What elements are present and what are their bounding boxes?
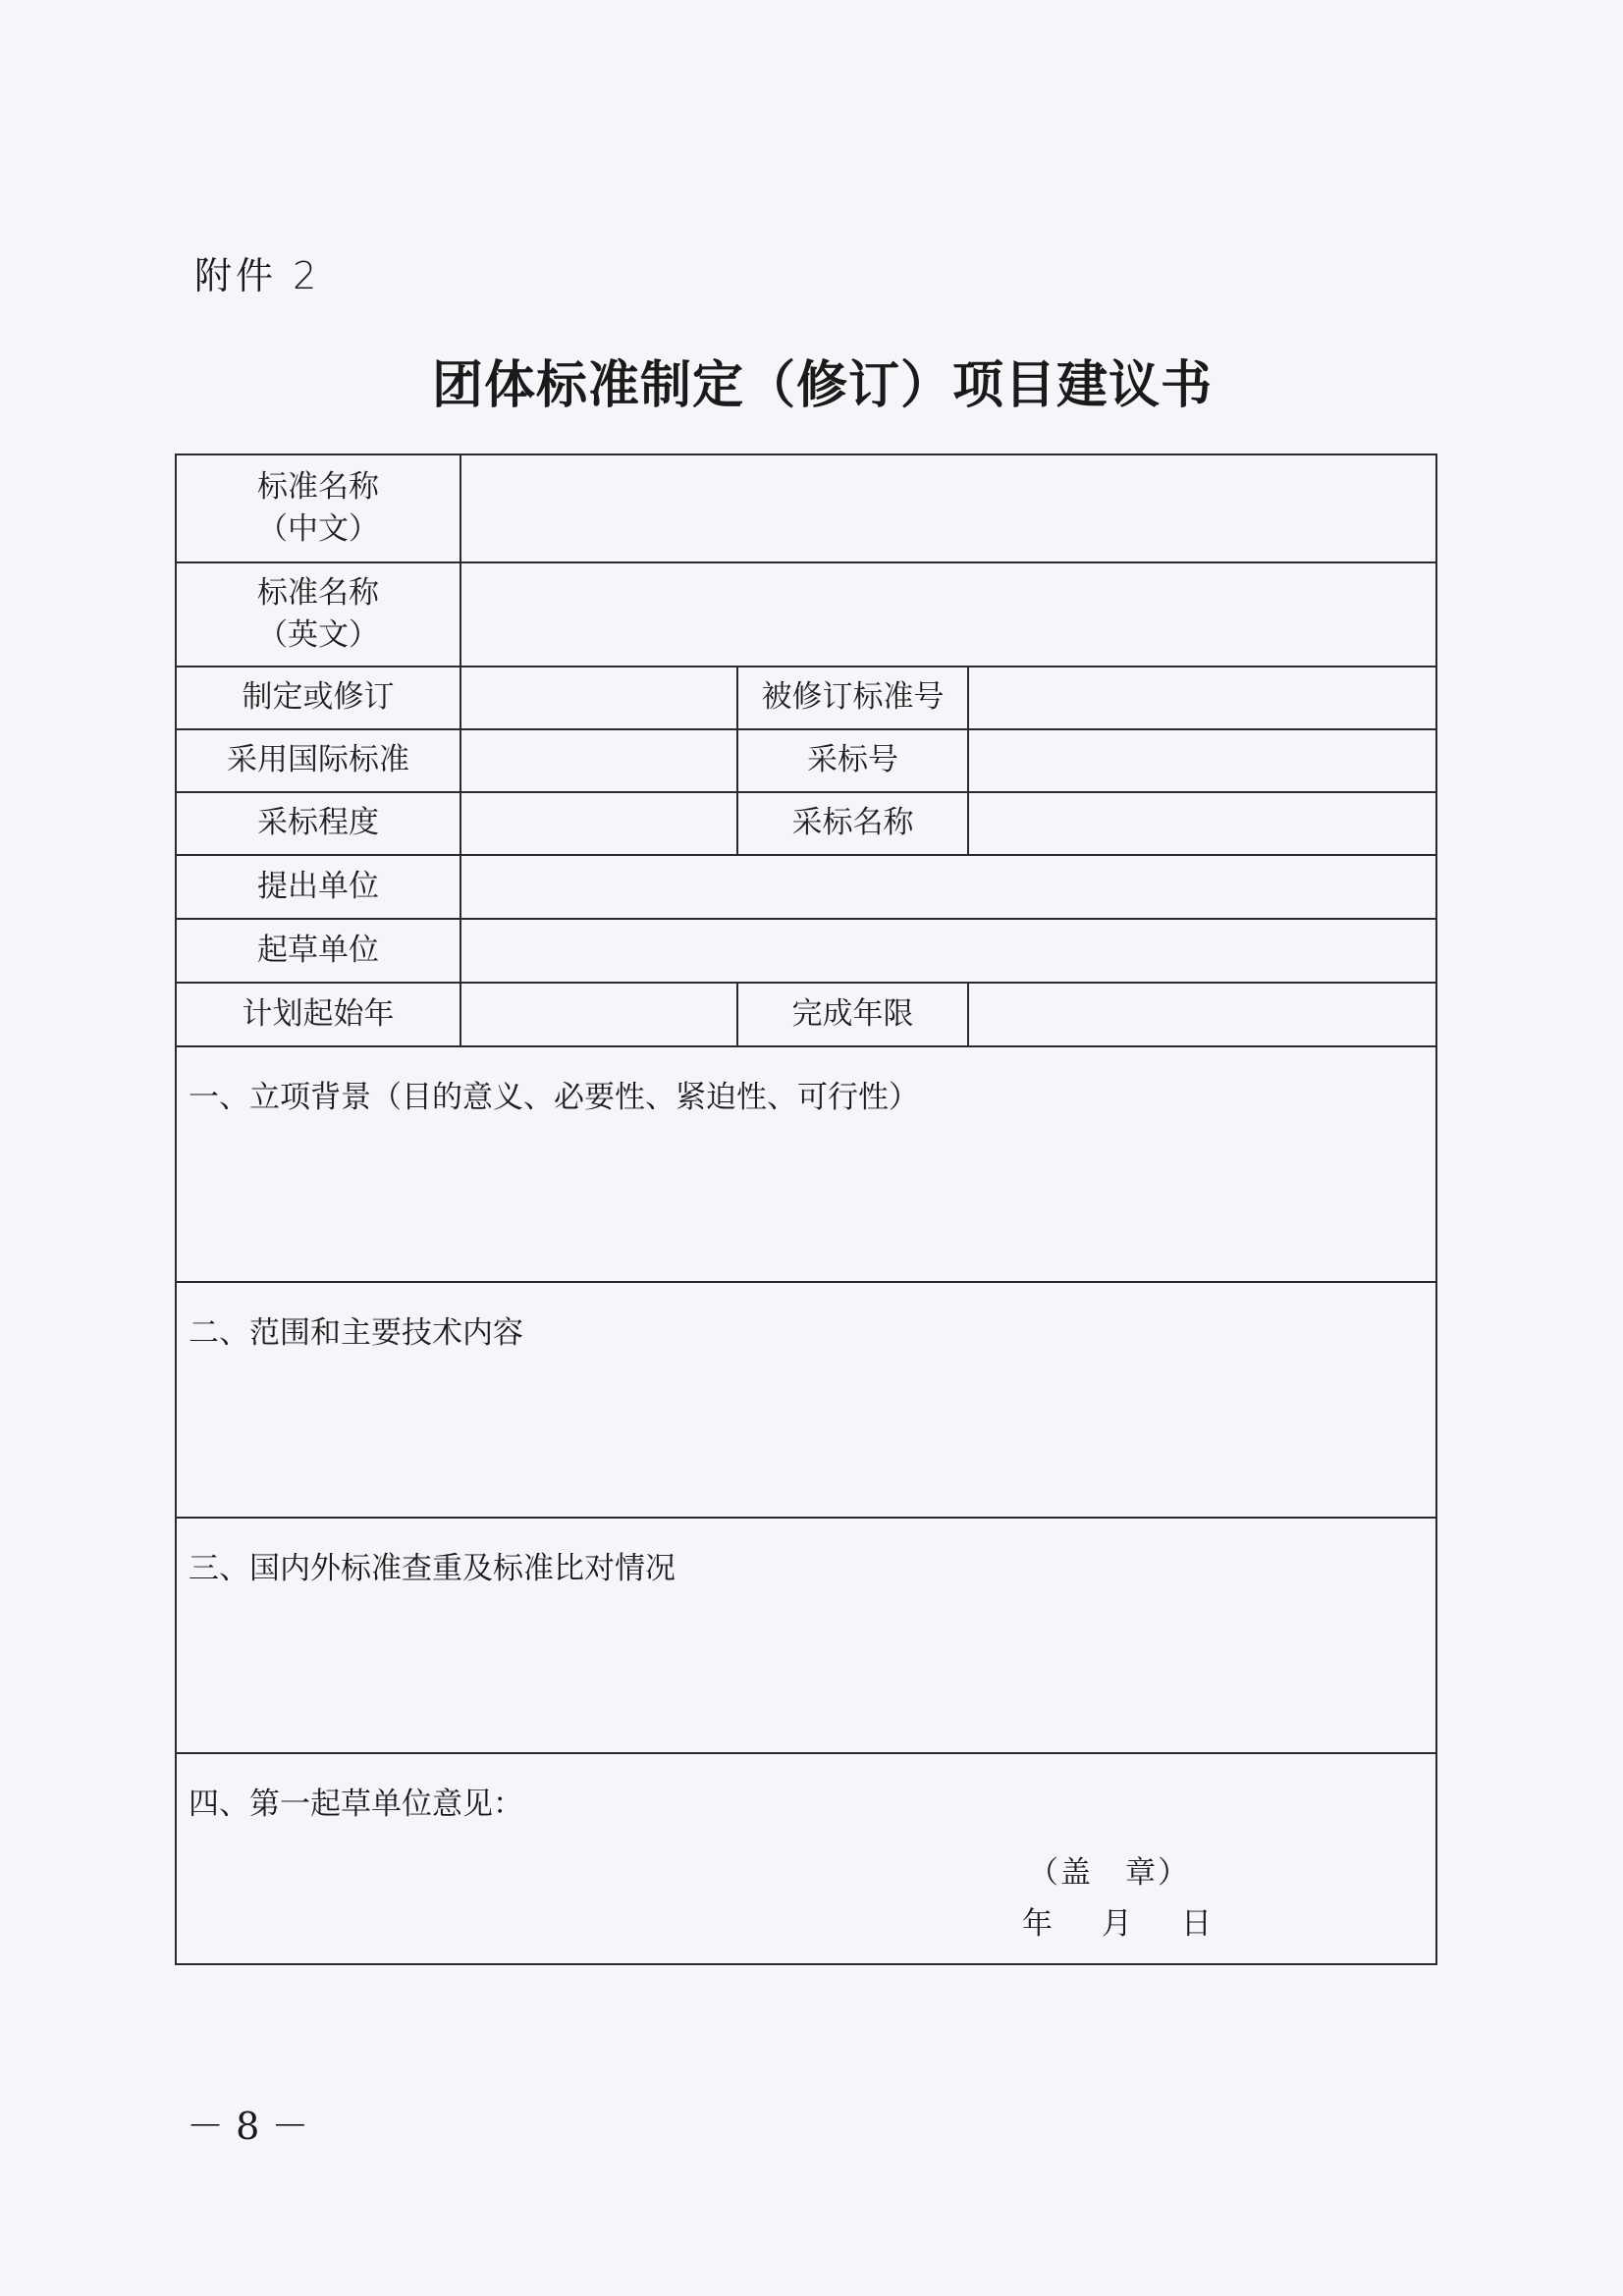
form-row-intl-standard: 采用国际标准 采标号 [176,729,1436,792]
label-adoption-name: 采标名称 [737,792,968,855]
label-standard-name-cn: 标准名称 （中文） [176,454,460,562]
seal-label: （盖 章） [1028,1852,1190,1895]
form-row-name-en: 标准名称 （英文） [176,562,1436,667]
form-row-adoption-degree: 采标程度 采标名称 [176,792,1436,855]
section-comparison: 三、国内外标准查重及标准比对情况 [176,1518,1436,1753]
label-completion-deadline: 完成年限 [737,983,968,1046]
input-formulate-or-revise[interactable] [460,667,737,729]
label-adoption-no: 采标号 [737,729,968,792]
form-row-schedule: 计划起始年 完成年限 [176,983,1436,1046]
section-heading-scope: 二、范围和主要技术内容 [189,1312,1424,1355]
attachment-label: 附件 2 [194,245,320,299]
date-year-label: 年 [1022,1903,1053,1946]
input-proposing-unit[interactable] [460,855,1436,919]
label-formulate-or-revise: 制定或修订 [176,667,460,729]
page-number: － 8 － [187,2096,308,2150]
section-project-background: 一、立项背景（目的意义、必要性、紧迫性、可行性） [176,1046,1436,1282]
input-standard-comparison[interactable]: 三、国内外标准查重及标准比对情况 [176,1518,1436,1753]
label-revised-standard-no: 被修订标准号 [737,667,968,729]
section-scope: 二、范围和主要技术内容 [176,1282,1436,1518]
input-adoption-name[interactable] [968,792,1436,855]
label-adoption-degree: 采标程度 [176,792,460,855]
input-standard-name-cn[interactable] [460,454,1436,562]
input-adoption-no[interactable] [968,729,1436,792]
input-adoption-degree[interactable] [460,792,737,855]
label-planned-start-year: 计划起始年 [176,983,460,1046]
form-row-revision: 制定或修订 被修订标准号 [176,667,1436,729]
input-project-background[interactable]: 一、立项背景（目的意义、必要性、紧迫性、可行性） [176,1046,1436,1282]
label-proposing-unit: 提出单位 [176,855,460,919]
date-day-label: 日 [1181,1903,1212,1946]
input-drafting-unit[interactable] [460,919,1436,983]
section-heading-opinion: 四、第一起草单位意见： [189,1784,1424,1826]
section-drafter-opinion: 四、第一起草单位意见： （盖 章） 年月日 [176,1753,1436,1964]
document-title: 团体标准制定（修订）项目建议书 [432,344,1213,417]
input-drafter-opinion[interactable]: 四、第一起草单位意见： （盖 章） 年月日 [176,1753,1436,1964]
input-adopt-intl-standard[interactable] [460,729,737,792]
form-row-drafter: 起草单位 [176,919,1436,983]
input-completion-deadline[interactable] [968,983,1436,1046]
input-planned-start-year[interactable] [460,983,737,1046]
date-month-label: 月 [1102,1903,1132,1946]
label-drafting-unit: 起草单位 [176,919,460,983]
section-heading-background: 一、立项背景（目的意义、必要性、紧迫性、可行性） [189,1077,1424,1119]
input-standard-name-en[interactable] [460,562,1436,667]
label-standard-name-en: 标准名称 （英文） [176,562,460,667]
form-row-proposer: 提出单位 [176,855,1436,919]
input-scope-content[interactable]: 二、范围和主要技术内容 [176,1282,1436,1518]
input-revised-standard-no[interactable] [968,667,1436,729]
signature-date: 年月日 [1022,1903,1212,1946]
label-adopt-intl-standard: 采用国际标准 [176,729,460,792]
proposal-form-table: 标准名称 （中文） 标准名称 （英文） 制定或修订 被修订标准号 采用国际标准 … [175,454,1437,1965]
section-heading-comparison: 三、国内外标准查重及标准比对情况 [189,1548,1424,1590]
form-row-name-cn: 标准名称 （中文） [176,454,1436,562]
